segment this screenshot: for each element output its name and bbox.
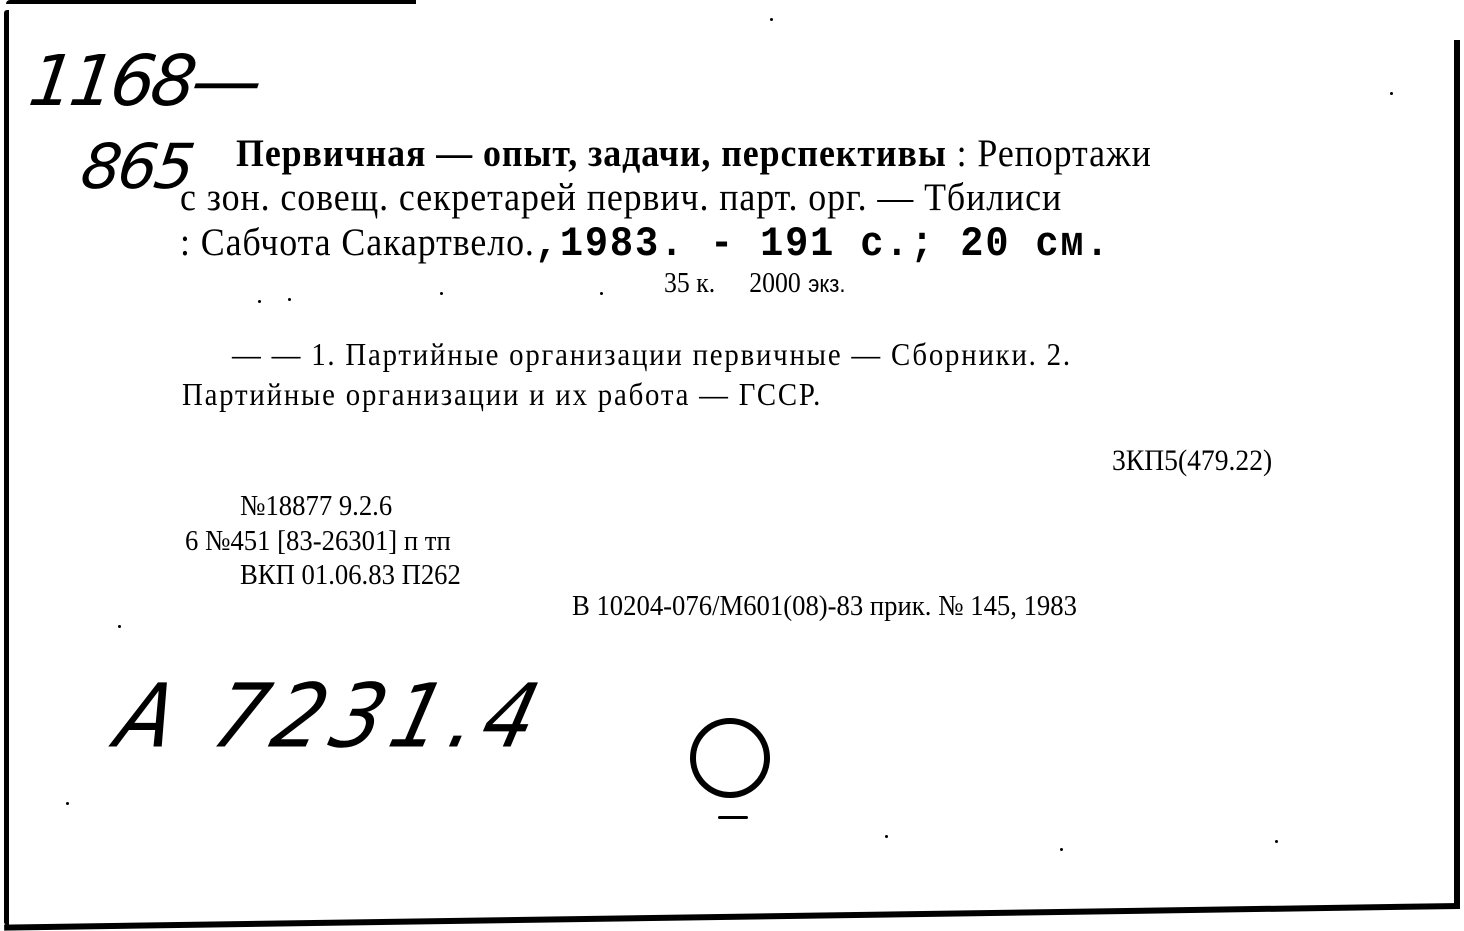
- title: Первичная — опыт, задачи, перспективы: [236, 132, 947, 175]
- handwritten-call-number-line-1: 1168—: [24, 40, 264, 122]
- scan-speck: [770, 18, 773, 21]
- handwritten-inventory-number: A 7231.4: [107, 665, 557, 767]
- publisher: : Сабчота Сакартвело.: [180, 221, 535, 264]
- scan-speck: [1275, 840, 1278, 843]
- scan-speck: [1060, 848, 1063, 851]
- scan-speck: [118, 625, 121, 628]
- scan-speck: [440, 292, 443, 295]
- copies-unit: экз.: [808, 271, 845, 298]
- price: 35 к.: [664, 268, 715, 299]
- scan-speck: [1390, 92, 1393, 95]
- card-border-left: [4, 10, 9, 925]
- copies-count: 2000: [749, 268, 801, 299]
- punch-hole-mark: [718, 816, 748, 819]
- scan-speck: [66, 802, 69, 805]
- price-copies-line: 35 к. 2000экз.: [664, 268, 846, 300]
- title-line-1: Первичная — опыт, задачи, перспективы : …: [236, 131, 1152, 176]
- subject-headings-line-2: Партийные организации и их работа — ГССР…: [182, 376, 822, 413]
- classification-index: 3КП5(479.22): [1112, 444, 1272, 478]
- technical-line-2: 6 №451 [83-26301] п тп: [185, 525, 451, 558]
- punch-hole-icon: [690, 718, 770, 798]
- scan-speck: [288, 298, 291, 301]
- technical-line-4: В 10204-076/М601(08)-83 прик. № 145, 198…: [572, 590, 1077, 623]
- imprint-line: : Сабчота Сакартвело.,1983. - 191 с.; 20…: [180, 220, 1110, 268]
- card-border-right: [1454, 40, 1460, 908]
- title-line-2: с зон. совещ. секретарей первич. парт. о…: [180, 175, 1062, 220]
- handwritten-call-number-line-2: 865: [77, 130, 197, 203]
- typed-year-pages-size: ,1983. - 191 с.; 20 см.: [535, 220, 1111, 268]
- technical-line-3: ВКП 01.06.83 П262: [240, 559, 461, 592]
- subject-headings-line-1: — — 1. Партийные организации первичные —…: [232, 336, 1072, 373]
- card-border-top: [6, 0, 416, 4]
- scan-speck: [600, 292, 603, 295]
- title-subtitle: : Репортажи: [947, 132, 1152, 175]
- technical-line-1: №18877 9.2.6: [240, 490, 392, 523]
- card-border-bottom: [4, 903, 1460, 931]
- scan-speck: [258, 300, 261, 303]
- scan-speck: [885, 835, 888, 838]
